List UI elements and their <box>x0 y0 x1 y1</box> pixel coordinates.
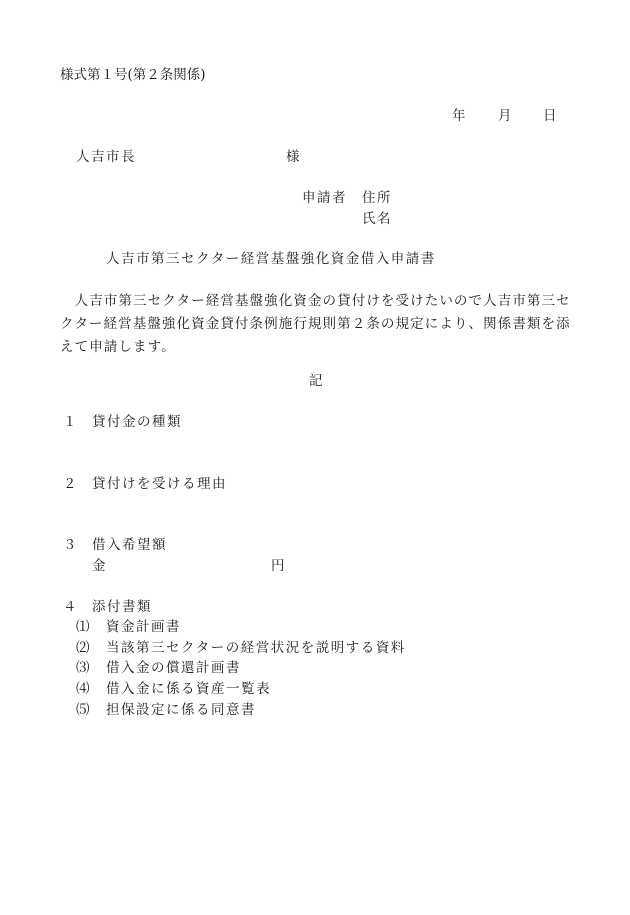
item-number: １ <box>63 416 77 430</box>
attachment-number: ⑷ <box>76 683 90 697</box>
attachment-label: 資金計画書 <box>106 621 181 635</box>
attachment-label: 当該第三セクターの経営状況を説明する資料 <box>106 642 406 656</box>
applicant-address-label: 住所 <box>362 192 392 206</box>
item-label: 貸付けを受ける理由 <box>92 478 227 492</box>
addressee-honorific: 様 <box>286 151 300 165</box>
item-number: ３ <box>63 539 77 553</box>
form-number: 様式第１号(第２条関係) <box>60 69 206 83</box>
addressee-name: 人吉市長 <box>76 151 136 165</box>
item-number: ４ <box>63 601 77 615</box>
amount-prefix: 金 <box>92 560 106 574</box>
document-title: 人吉市第三セクター経営基盤強化資金借入申請書 <box>106 253 436 267</box>
attachment-label: 借入金に係る資産一覧表 <box>106 683 271 697</box>
attachment-number: ⑵ <box>76 642 90 656</box>
date-day-label: 日 <box>543 110 557 124</box>
applicant-label: 申請者 <box>302 192 347 206</box>
body-paragraph: 人吉市第三セクター経営基盤強化資金の貸付けを受けたいので人吉市第三セクター経営基… <box>60 290 580 359</box>
item-number: ２ <box>63 478 77 492</box>
ki-heading: 記 <box>309 375 323 389</box>
attachment-label: 借入金の償還計画書 <box>106 662 241 676</box>
amount-suffix: 円 <box>271 560 285 574</box>
item-label: 貸付金の種類 <box>92 416 182 430</box>
item-label: 借入希望額 <box>92 539 167 553</box>
attachment-number: ⑶ <box>76 662 90 676</box>
date-month-label: 月 <box>498 110 512 124</box>
applicant-name-label: 氏名 <box>362 213 392 227</box>
attachment-number: ⑴ <box>76 621 90 635</box>
date-year-label: 年 <box>452 110 466 124</box>
item-label: 添付書類 <box>92 601 152 615</box>
attachment-number: ⑸ <box>76 704 90 718</box>
attachment-label: 担保設定に係る同意書 <box>106 704 256 718</box>
